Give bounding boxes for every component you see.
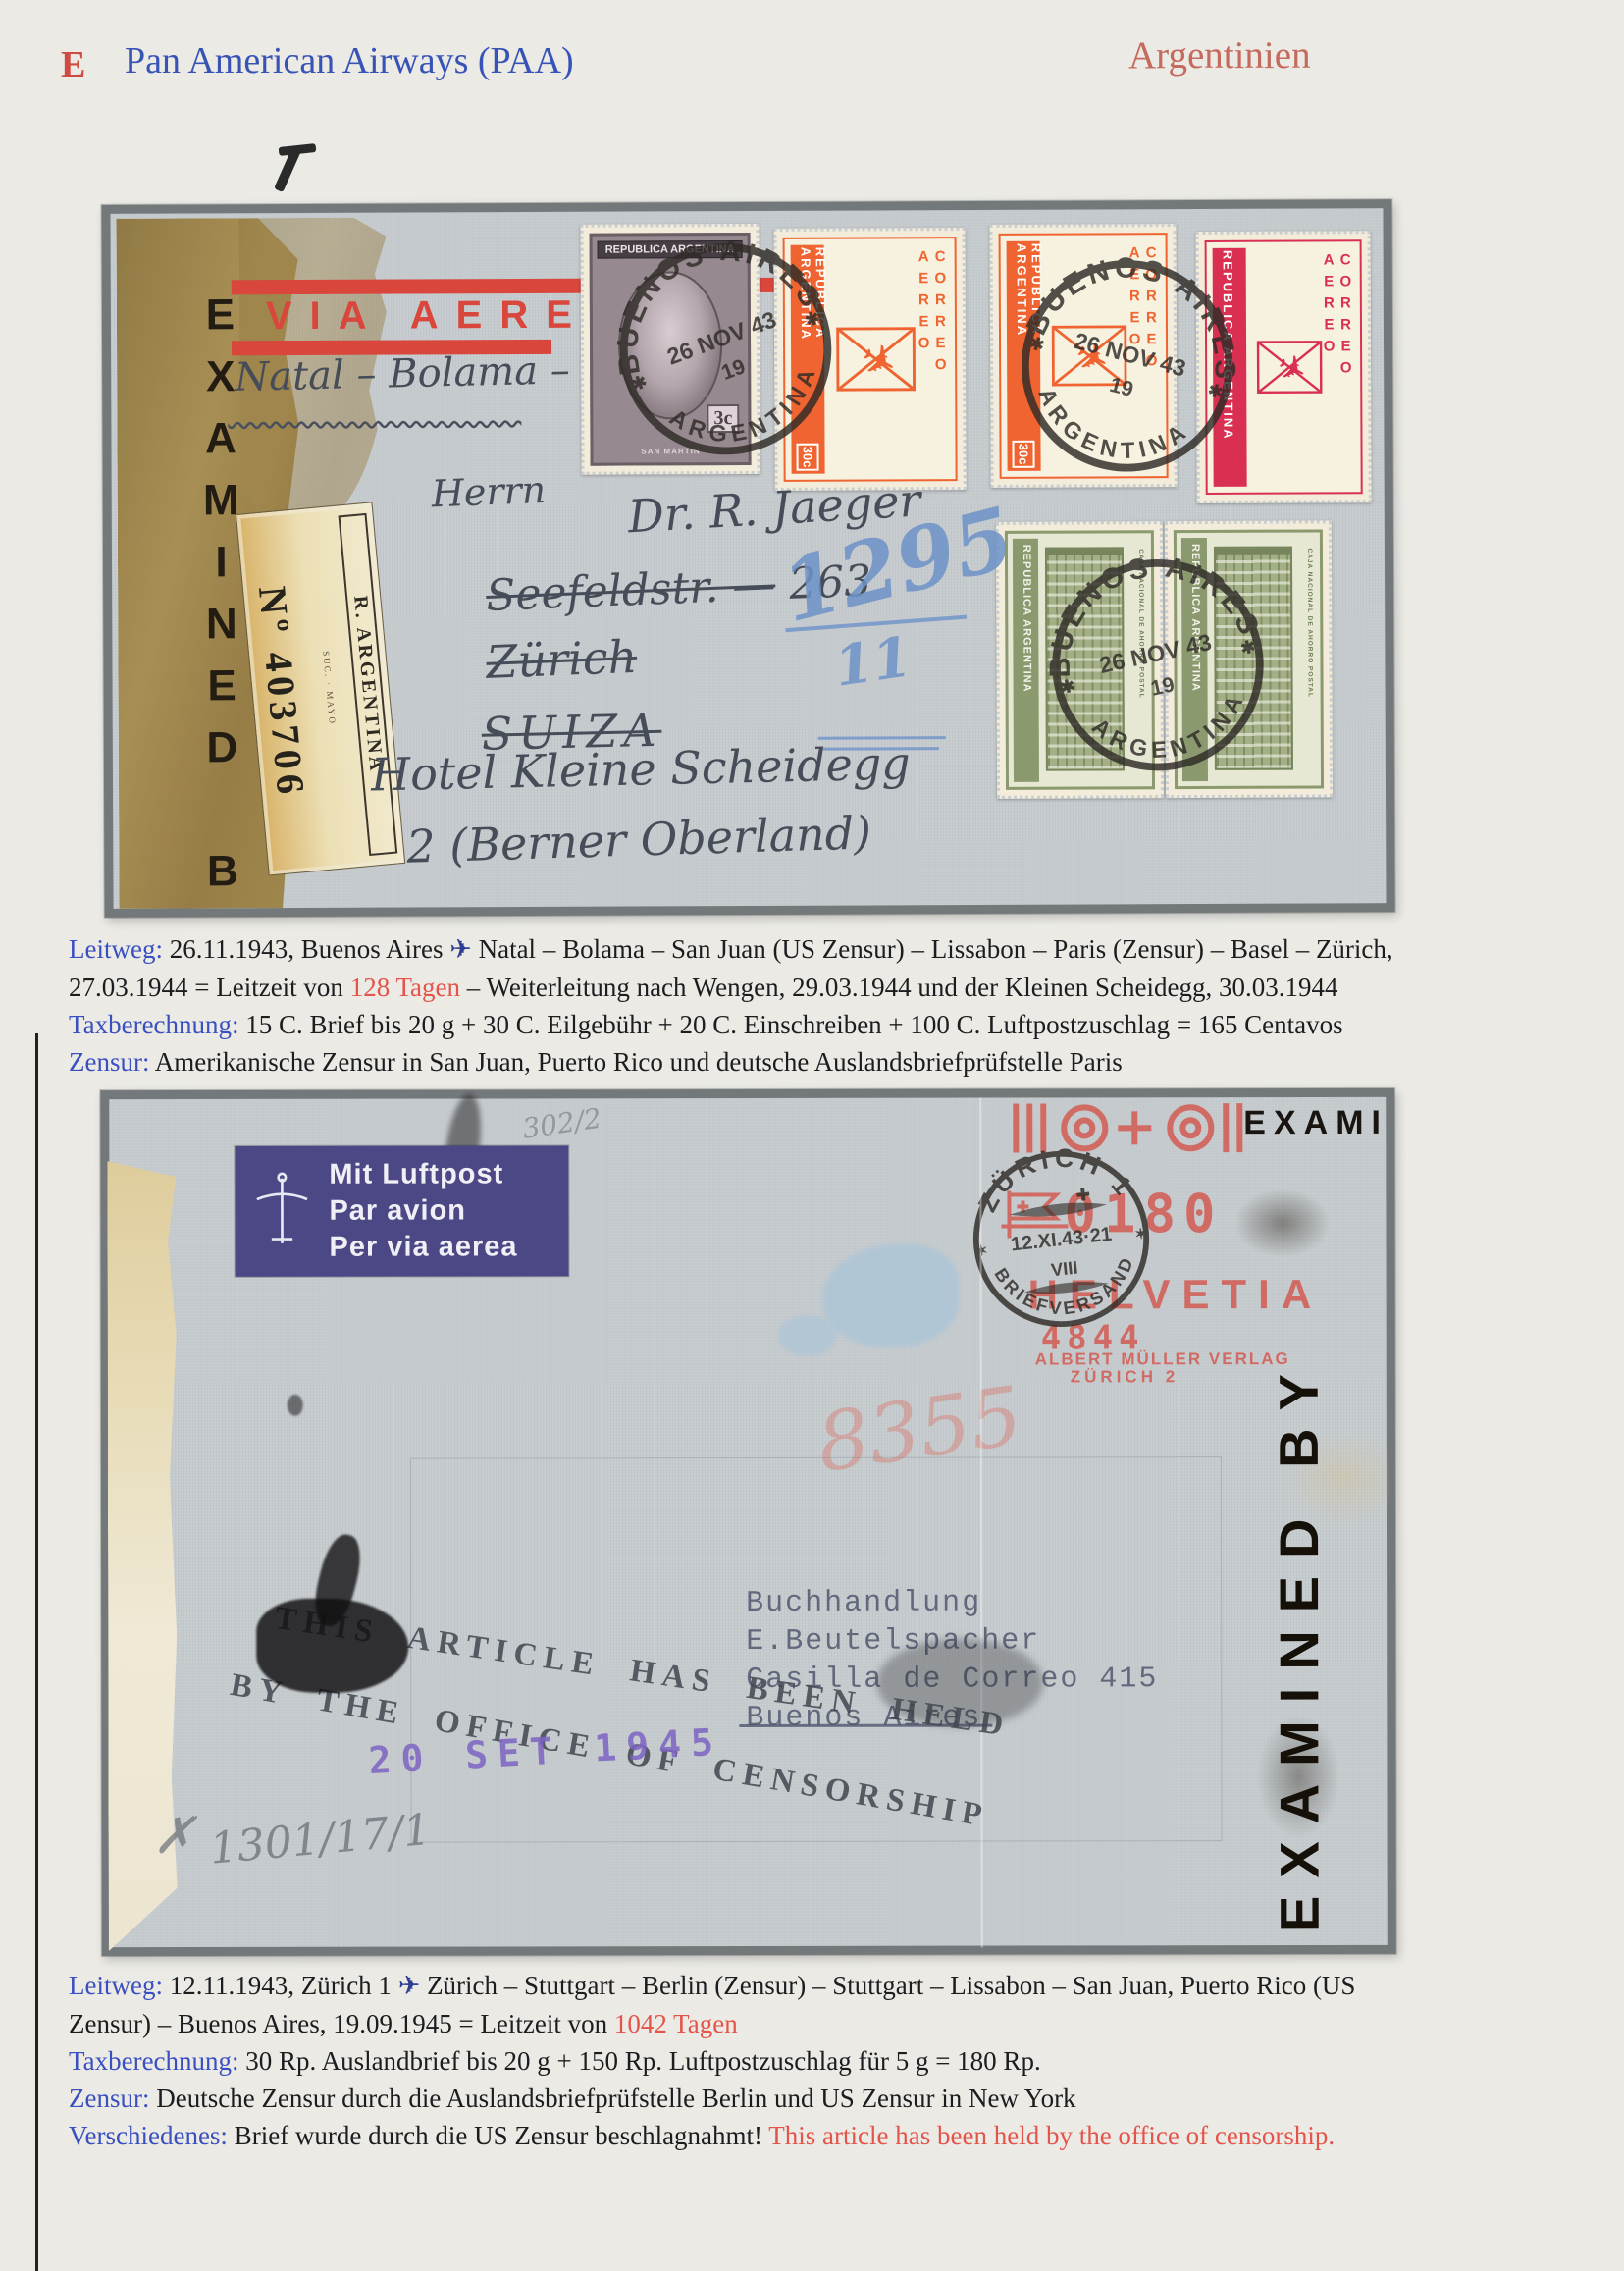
- caption-line: Zensur: Amerikanische Zensur in San Juan…: [69, 1043, 1580, 1081]
- airmail-label-de: Mit Luftpost: [329, 1156, 517, 1192]
- blue-stain: [778, 1315, 837, 1356]
- page-index-letter: E: [61, 43, 85, 86]
- caption-cover-1: Leitweg: 26.11.1943, Buenos Aires ✈ Nata…: [69, 930, 1580, 1081]
- forward-prefix: 2: [406, 819, 437, 873]
- postmark-zurich: ZÜRICH 1 BRIEFVERSAND ✚ 12.XI.43·21 VIII…: [953, 1131, 1169, 1347]
- svg-text:19: 19: [1148, 672, 1177, 701]
- stamp-value: 30c: [796, 444, 818, 471]
- svg-text:19: 19: [1107, 373, 1135, 401]
- airplane-icon: ✈: [449, 934, 472, 965]
- route-underline: [228, 396, 521, 426]
- cover-2-photo: Mit Luftpost Par avion Per via aerea 302…: [100, 1088, 1396, 1956]
- caption-line: Zensur) – Buenos Aires, 19.09.1945 = Lei…: [69, 2005, 1580, 2042]
- airplane-icon: ✈: [398, 1971, 421, 2001]
- svg-text:26 NOV 43: 26 NOV 43: [1097, 629, 1214, 678]
- svg-text:26 NOV 43: 26 NOV 43: [1072, 328, 1188, 382]
- svg-text:19: 19: [718, 354, 749, 385]
- caption-cover-2: Leitweg: 12.11.1943, Zürich 1 ✈ Zürich –…: [69, 1967, 1580, 2154]
- caption-line: Taxberechnung: 15 C. Brief bis 20 g + 30…: [69, 1006, 1580, 1043]
- caption-line: Zensur: Deutsche Zensur durch die Auslan…: [69, 2080, 1580, 2117]
- examined-by-text: EXAMINED BY: [195, 290, 247, 918]
- caption-line: Leitweg: 26.11.1943, Buenos Aires ✈ Nata…: [69, 930, 1580, 969]
- page-region: Argentinien: [1128, 33, 1311, 78]
- airmail-label-it: Per via aerea: [329, 1229, 517, 1265]
- crayon-underline-2: [818, 736, 946, 740]
- exhibit-page: E Pan American Airways (PAA) Argentinien…: [0, 0, 1624, 2271]
- page-title: Pan American Airways (PAA): [125, 39, 574, 82]
- airmail-label-fr: Par avion: [329, 1192, 517, 1229]
- caption-line: Verschiedenes: Brief wurde durch die US …: [69, 2117, 1580, 2154]
- caption-line: Taxberechnung: 30 Rp. Auslandbrief bis 2…: [69, 2042, 1580, 2080]
- address-city-struck: Zürich: [485, 630, 638, 689]
- page-edge-line: [35, 1033, 38, 2271]
- address-line-1: Buchhandlung: [746, 1584, 1158, 1623]
- cover-1-photo: VIA AEREA Natal – Bolama – Lis EXAMINED …: [101, 199, 1394, 918]
- caption-line: 27.03.1944 = Leitzeit von 128 Tagen – We…: [69, 969, 1580, 1006]
- stamp-service: CORREO AEREO: [1321, 251, 1355, 482]
- pencil-mark: [279, 143, 317, 156]
- postmark-buenos-aires-3: BUENOS AIRES ARGENTINA 26 NOV 43 19 ✱ ✱: [1021, 528, 1295, 803]
- svg-text:12.XI.43·21: 12.XI.43·21: [1010, 1224, 1113, 1256]
- svg-text:✱: ✱: [1027, 333, 1047, 355]
- meter-place: ZÜRICH 2: [1071, 1367, 1179, 1387]
- svg-text:✚: ✚: [1075, 1185, 1091, 1204]
- pencil-check: ✗: [153, 1807, 196, 1866]
- crayon-number-small: 11: [830, 624, 916, 700]
- svg-text:✶: ✶: [1134, 1225, 1148, 1242]
- svg-text:VIII: VIII: [1050, 1257, 1079, 1281]
- stamp-inscription: CAJA NACIONAL DE AHORRO POSTAL: [1306, 548, 1314, 769]
- airplane-outline-icon: [250, 1169, 313, 1253]
- caption-line: Leitweg: 12.11.1943, Zürich 1 ✈ Zürich –…: [69, 1967, 1580, 2005]
- stamp-service: CORREO AEREO: [916, 248, 950, 469]
- airmail-label: Mit Luftpost Par avion Per via aerea: [235, 1145, 568, 1277]
- svg-text:✱: ✱: [1059, 675, 1077, 698]
- examined-partial-text: EXAMINED: [1243, 1104, 1387, 1142]
- crayon-underline-3: [823, 747, 939, 751]
- address-salutation: Herrn: [431, 468, 547, 516]
- ink-speck: [288, 1395, 303, 1416]
- examined-by-text: EXAMINED BY: [1267, 1356, 1332, 1932]
